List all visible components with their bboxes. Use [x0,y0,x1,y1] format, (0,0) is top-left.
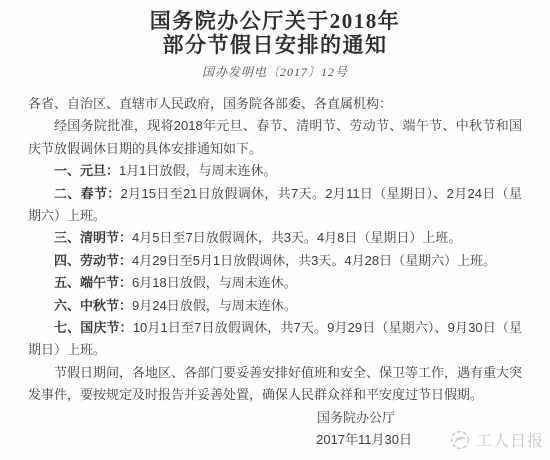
holiday-item-label: 四、劳动节： [54,253,132,268]
notice-document: 国务院办公厅关于2018年 部分节假日安排的通知 国办发明电〔2017〕12号 … [0,0,550,460]
document-body: 各省、自治区、直辖市人民政府，国务院各部委、各直属机构： 经国务院批准，现将20… [0,93,550,452]
holiday-item-text: 4月5日至7日放假调休，共3天。4月8日（星期日）上班。 [132,230,461,245]
document-number: 国办发明电〔2017〕12号 [0,63,550,80]
holiday-item-label: 六、中秋节： [54,298,132,313]
holiday-item-text: 1月1日放假，与周末连休。 [119,163,276,178]
holiday-item-text: 9月24日放假，与周末连休。 [132,298,297,313]
holiday-item-label: 二、春节： [54,186,121,201]
holiday-item-spring-festival: 二、春节：2月15日至21日放假调休，共7天。2月11日（星期日）、2月24日（… [28,183,522,228]
holiday-item-mid-autumn: 六、中秋节：9月24日放假，与周末连休。 [28,295,522,317]
holiday-item-label: 一、元旦： [54,163,119,178]
salutation: 各省、自治区、直辖市人民政府，国务院各部委、各直属机构： [28,93,522,115]
holiday-item-national-day: 七、国庆节：10月1日至7日放假调休，共7天。9月29日（星期六）、9月30日（… [28,317,522,362]
holiday-item-label: 七、国庆节： [54,320,133,335]
workers-daily-logo-icon [450,430,470,450]
document-title: 国务院办公厅关于2018年 部分节假日安排的通知 [0,9,550,57]
source-watermark-label: 工人日报 [476,428,544,451]
document-header: 国务院办公厅关于2018年 部分节假日安排的通知 国办发明电〔2017〕12号 [0,0,550,80]
holiday-item-text: 4月29日至5月1日放假调休，共3天。4月28日（星期六）上班。 [132,253,496,268]
document-title-line1: 国务院办公厅关于2018年 [0,9,550,33]
holiday-item-label: 三、清明节： [54,230,132,245]
holiday-item-text: 6月18日放假，与周末连休。 [132,275,297,290]
source-watermark: 工人日报 [450,428,544,451]
holiday-item-labor-day: 四、劳动节：4月29日至5月1日放假调休，共3天。4月28日（星期六）上班。 [28,250,522,272]
holiday-item-new-year: 一、元旦：1月1日放假，与周末连休。 [28,160,522,182]
closing-paragraph: 节假日期间，各地区、各部门要妥善安排好值班和安全、保卫等工作，遇有重大突发事件，… [28,362,522,407]
holiday-item-label: 五、端午节： [54,275,132,290]
signature-org: 国务院办公厅 [28,407,522,429]
holiday-item-dragon-boat: 五、端午节：6月18日放假，与周末连休。 [28,272,522,294]
holiday-item-qingming: 三、清明节：4月5日至7日放假调休，共3天。4月8日（星期日）上班。 [28,227,522,249]
intro-paragraph: 经国务院批准，现将2018年元旦、春节、清明节、劳动节、端午节、中秋节和国庆节放… [28,115,522,160]
signature-date: 2017年11月30日 [28,429,522,451]
document-title-line2: 部分节假日安排的通知 [0,33,550,57]
